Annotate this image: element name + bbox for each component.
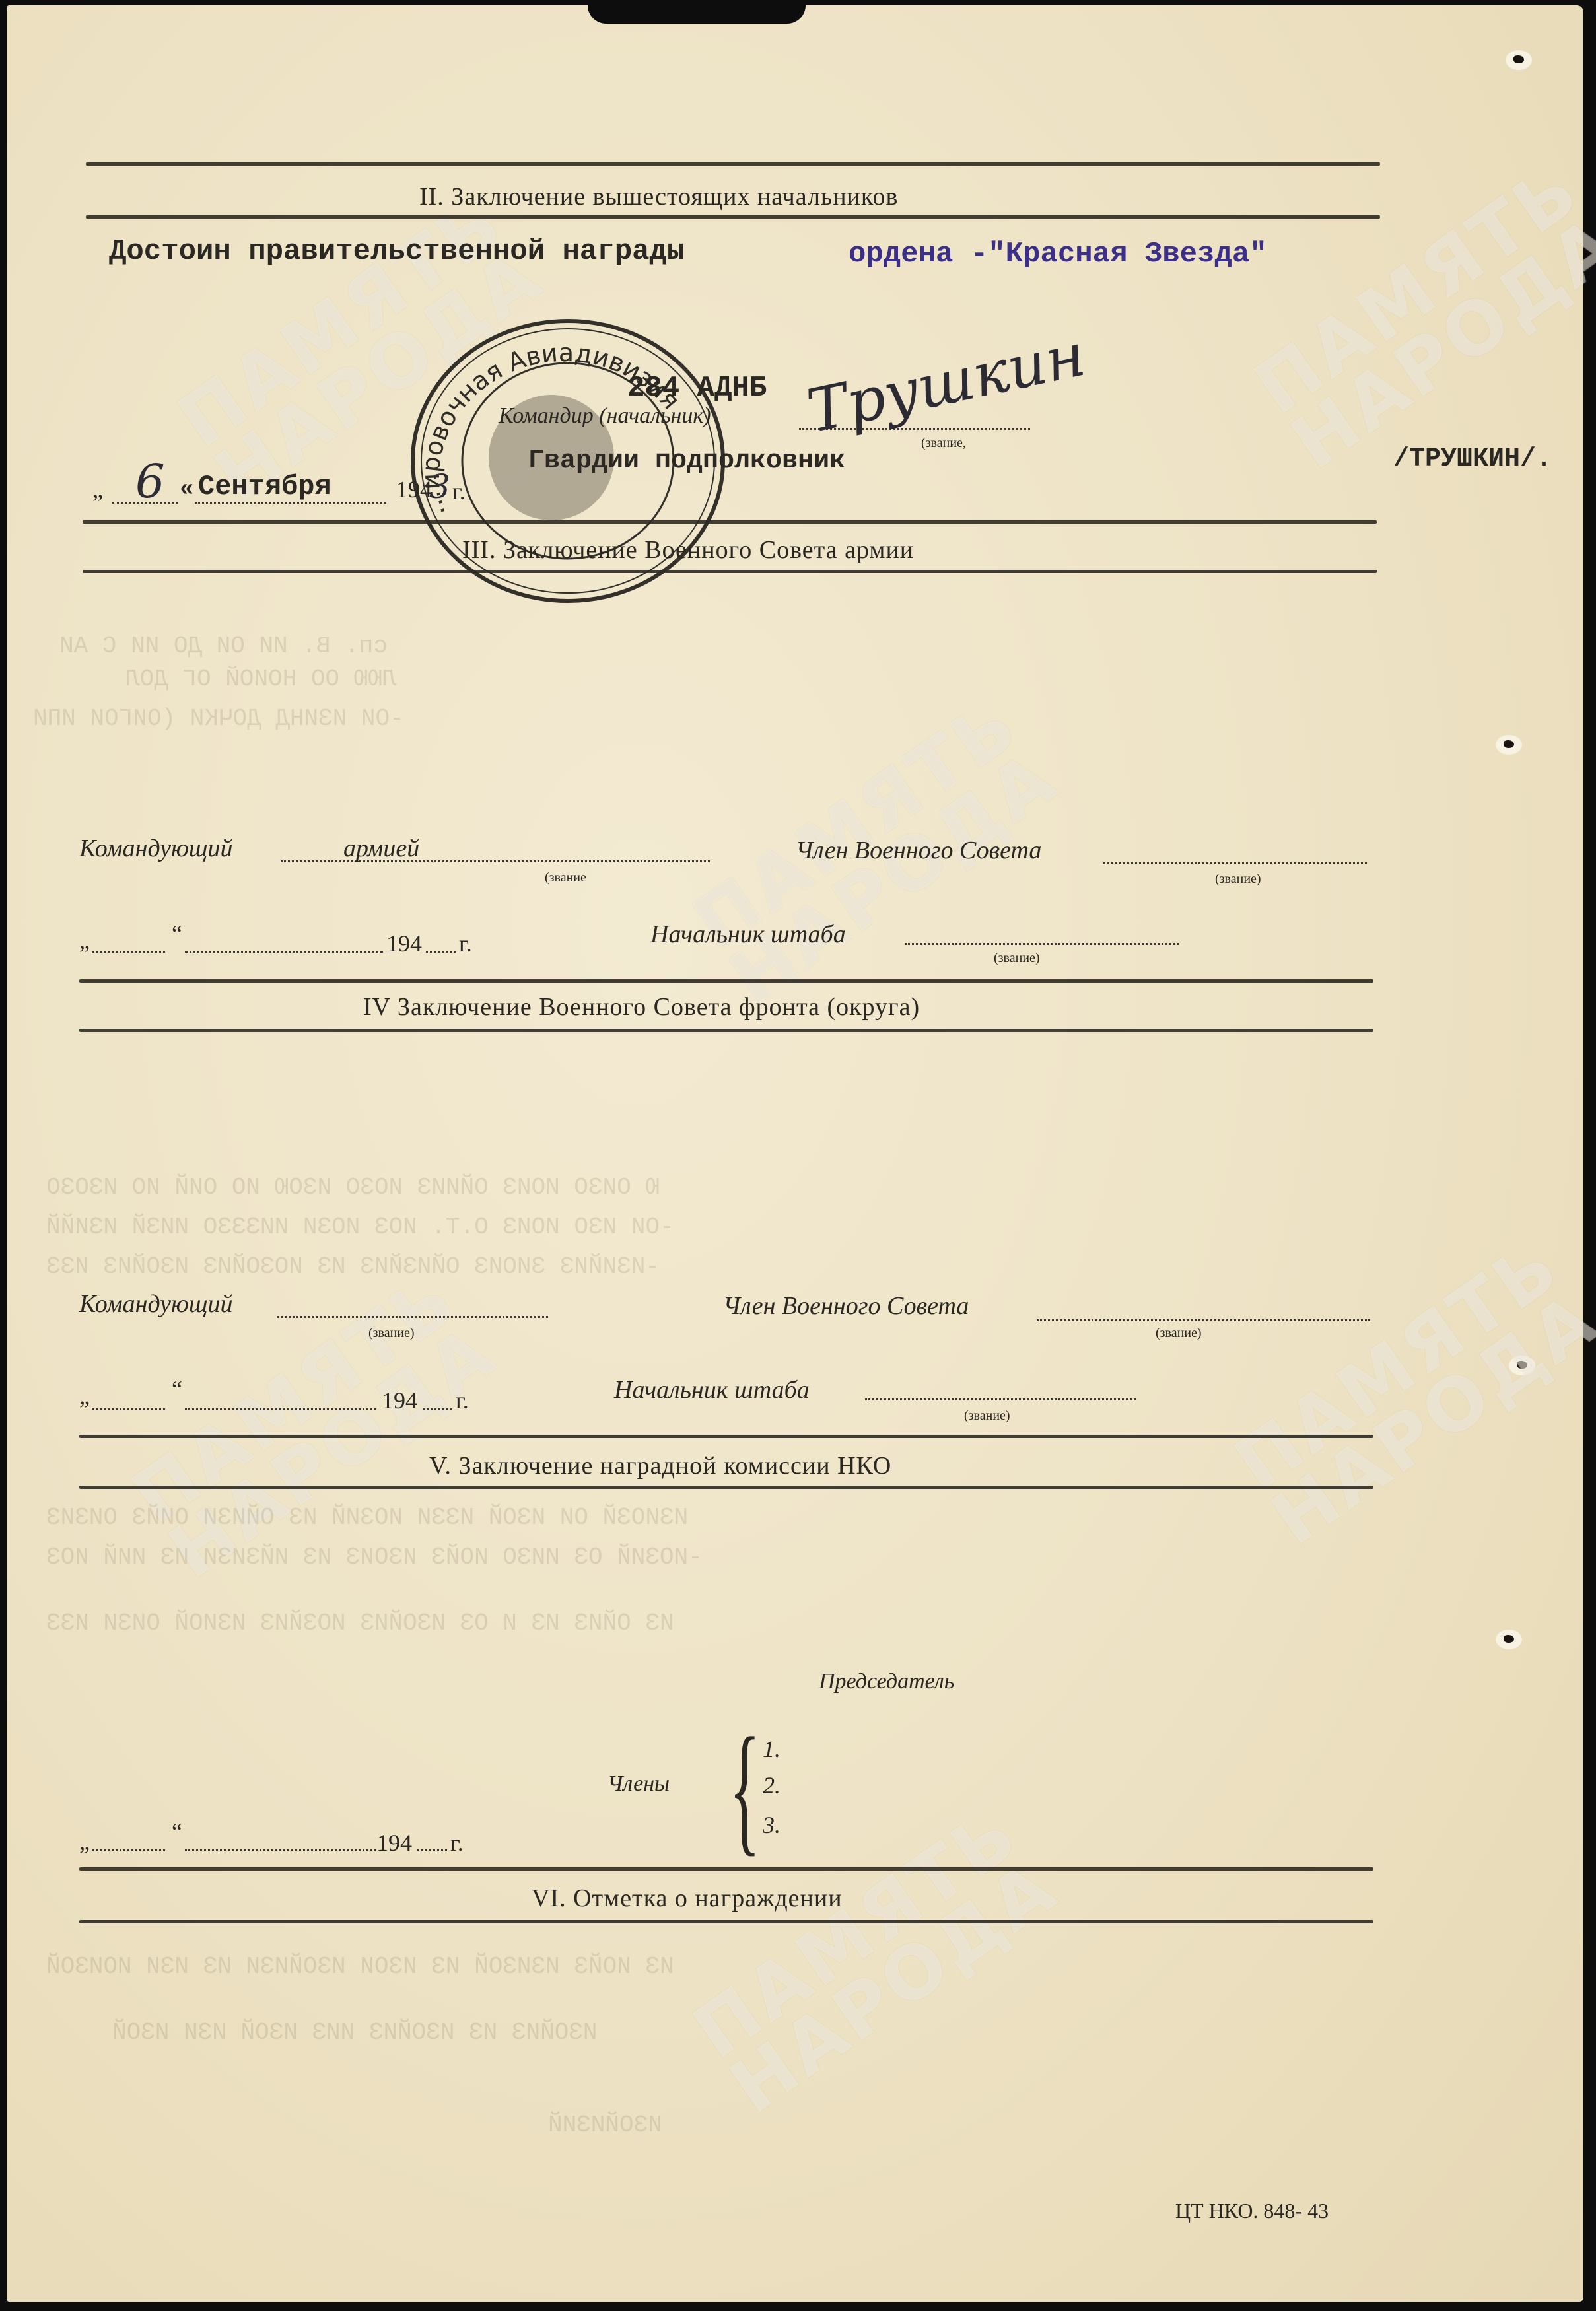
rule-s2-bottom <box>86 215 1380 219</box>
s4-date-year: 194 <box>382 1387 417 1414</box>
s4-date-quote: “ <box>172 1375 182 1403</box>
s3-date-year-line <box>426 951 456 953</box>
punch-hole-2 <box>1496 735 1522 755</box>
page-notch <box>588 5 806 24</box>
s3-rank-hint-3: (звание) <box>994 951 1040 966</box>
rule-s3-top <box>83 520 1377 524</box>
s4-date-year-line <box>423 1408 452 1410</box>
date-year-handwritten: 3 <box>429 467 450 506</box>
s3-date-month-line <box>185 951 383 953</box>
signer-name: /ТРУШКИН/. <box>1393 444 1552 474</box>
date-quote: « <box>180 475 194 502</box>
s5-members-label: Члены <box>607 1772 670 1797</box>
s3-commander-value: армией <box>343 834 419 863</box>
s5-chairman-label: Председатель <box>819 1669 954 1694</box>
form-code: ЦТ НКО. 848- 43 <box>1175 2199 1329 2223</box>
commander-label: Командир (начальник) <box>499 403 711 429</box>
s3-date-suffix: г. <box>459 930 472 957</box>
verdict-award: ордена -"Красная Звезда" <box>849 238 1267 271</box>
rank-hint: (звание, <box>921 436 966 451</box>
s4-date-month-line <box>185 1408 376 1410</box>
s3-date-year: 194 <box>386 930 422 957</box>
s4-date-day-line <box>92 1408 165 1410</box>
bleed-through-text: -ОИ ИЗИНД ДОЧКИ (ОИГОИ ИПИ <box>33 705 404 732</box>
s5-member-2: 2. <box>763 1772 781 1799</box>
s3-rank-hint-2: (звание) <box>1215 872 1261 887</box>
date-month: Сентября <box>198 471 331 502</box>
s5-date-suffix: г. <box>450 1829 464 1857</box>
s5-date-month-line <box>185 1849 376 1851</box>
rule-s6-bottom <box>79 1920 1373 1923</box>
s5-date-year-line <box>417 1849 447 1851</box>
bleed-through-text: ИЗ ИОЙЗ ИЗИЗОЙ ИЗ ИЗОИ ИЗОЙИЗИ ИЗ ИЗИ ИО… <box>46 1953 674 1980</box>
commander-rank: Гвардии подполковник <box>528 446 845 476</box>
bleed-through-text: сп. В. ИИ ОИ ДО ИИ С АИ <box>59 633 388 660</box>
date-year-prefix: 194 <box>396 475 432 503</box>
date-day: 6 <box>135 454 165 508</box>
bleed-through-text: ИЗОЙИЗ ИЗ ИЗОЙИЗ ИИЗ ИЗОЙ ИЗИ ИЗОЙ <box>112 2019 598 2046</box>
document-page: ПАМЯТЬНАРОДА ПАМЯТЬНАРОДА ПАМЯТЬНАРОДА П… <box>7 5 1583 2302</box>
bleed-through-text: ИЗИОЗЙ ОИ ИЗОЙ ИЗЗИ ИОЗИЙ ИЗ ОЙИЗИ ОИЙЗ … <box>46 1504 688 1531</box>
bleed-through-text: -ОИ ИЗО ИОИЗ О.Т. ИОЗ ИОЗИ ИИЗЗЗО ИИЗЙ И… <box>46 1214 674 1241</box>
section3-title: III. Заключение Военного Совета армии <box>462 535 914 565</box>
rule-s5-top <box>79 1435 1373 1438</box>
date-open-quote: „ <box>92 475 103 503</box>
punch-hole-4 <box>1496 1630 1522 1649</box>
s4-rank-hint-3: (звание) <box>964 1408 1010 1424</box>
punch-hole-1 <box>1506 50 1532 70</box>
rule-s4-top <box>79 979 1373 983</box>
s4-date-open: „ <box>79 1382 90 1410</box>
bleed-through-text: Ю ОИЗО ИОИЗ ОЙИИЗ ИОЗО ИЗОЮ ИО ОИЙ ИО ИЗ… <box>46 1174 660 1201</box>
verdict-prefix: Достоин правительственной награды <box>109 235 684 268</box>
unit-name: 284 АДНБ <box>627 372 767 405</box>
s5-members-brace: { <box>729 1715 761 1861</box>
s5-date-year: 194 <box>376 1829 412 1857</box>
bleed-through-text: ИЗОЙИЗИЙ <box>548 2112 662 2139</box>
s4-date-suffix: г. <box>456 1387 469 1414</box>
section6-title: VI. Отметка о награждении <box>532 1884 843 1913</box>
date-suffix: г. <box>452 477 466 505</box>
s3-council-member-line <box>1103 862 1367 864</box>
s4-chief-of-staff-label: Начальник штаба <box>614 1375 810 1404</box>
s3-date-day-line <box>92 951 165 953</box>
s4-commander-line <box>277 1316 548 1318</box>
rule-s6-top <box>79 1867 1373 1871</box>
section4-title: IV Заключение Военного Совета фронта (ок… <box>363 992 920 1021</box>
bleed-through-text: -ИЗИЙИЗ ЗИОИЗ ОЙИЗЙИЗ ИЗ ИОЗОЙИЗ ИЗОЙИЗ … <box>46 1253 660 1280</box>
s3-date-open: „ <box>79 926 90 954</box>
s3-chief-of-staff-line <box>905 943 1179 945</box>
bleed-through-text: ЛЮЮ ОО НОИОЙ ОГ ДОЛ <box>125 666 396 693</box>
s5-date-open: „ <box>79 1828 90 1855</box>
s4-council-member-line <box>1037 1319 1370 1321</box>
rule-s5-bottom <box>79 1486 1373 1489</box>
s4-council-member-label: Член Военного Совета <box>723 1292 969 1321</box>
rule-s4-bottom <box>79 1029 1373 1032</box>
s4-chief-of-staff-line <box>865 1398 1136 1400</box>
s5-member-3: 3. <box>763 1811 781 1839</box>
bleed-through-text: ИЗ ОЙИЗ ИЗ И ОЗ ИЗОЙИЗ ИОЗЙИЗ ИЗИОЙ ОИЗИ… <box>46 1610 674 1637</box>
rule-s3-bottom <box>83 570 1377 573</box>
s4-rank-hint-1: (звание) <box>368 1326 415 1341</box>
section5-title: V. Заключение наградной комиссии НКО <box>429 1451 891 1480</box>
s3-date-quote: “ <box>172 920 182 948</box>
s4-rank-hint-2: (звание) <box>1156 1326 1202 1341</box>
bleed-through-text: -ИОЗИЙ ОЗ ИИЗО ИОЙЗ ИЗОИЗ ИЗ ИЙЗИЗИ ИЗ И… <box>46 1544 703 1571</box>
s3-council-member-label: Член Военного Совета <box>796 836 1041 865</box>
rule-s2-top <box>86 162 1380 166</box>
watermark-2: ПАМЯТЬНАРОДА <box>1244 153 1596 477</box>
s3-chief-of-staff-label: Начальник штаба <box>650 920 846 949</box>
s5-member-1: 1. <box>763 1735 781 1763</box>
s5-date-day-line <box>92 1849 165 1851</box>
s3-commander-label: Командующий <box>79 834 233 863</box>
section2-title: II. Заключение вышестоящих начальников <box>419 182 898 211</box>
s4-commander-label: Командующий <box>79 1290 233 1319</box>
s3-rank-hint-1: (звание <box>545 870 586 885</box>
s5-date-quote: “ <box>172 1818 182 1845</box>
watermark-5: ПАМЯТЬНАРОДА <box>1224 1229 1596 1554</box>
